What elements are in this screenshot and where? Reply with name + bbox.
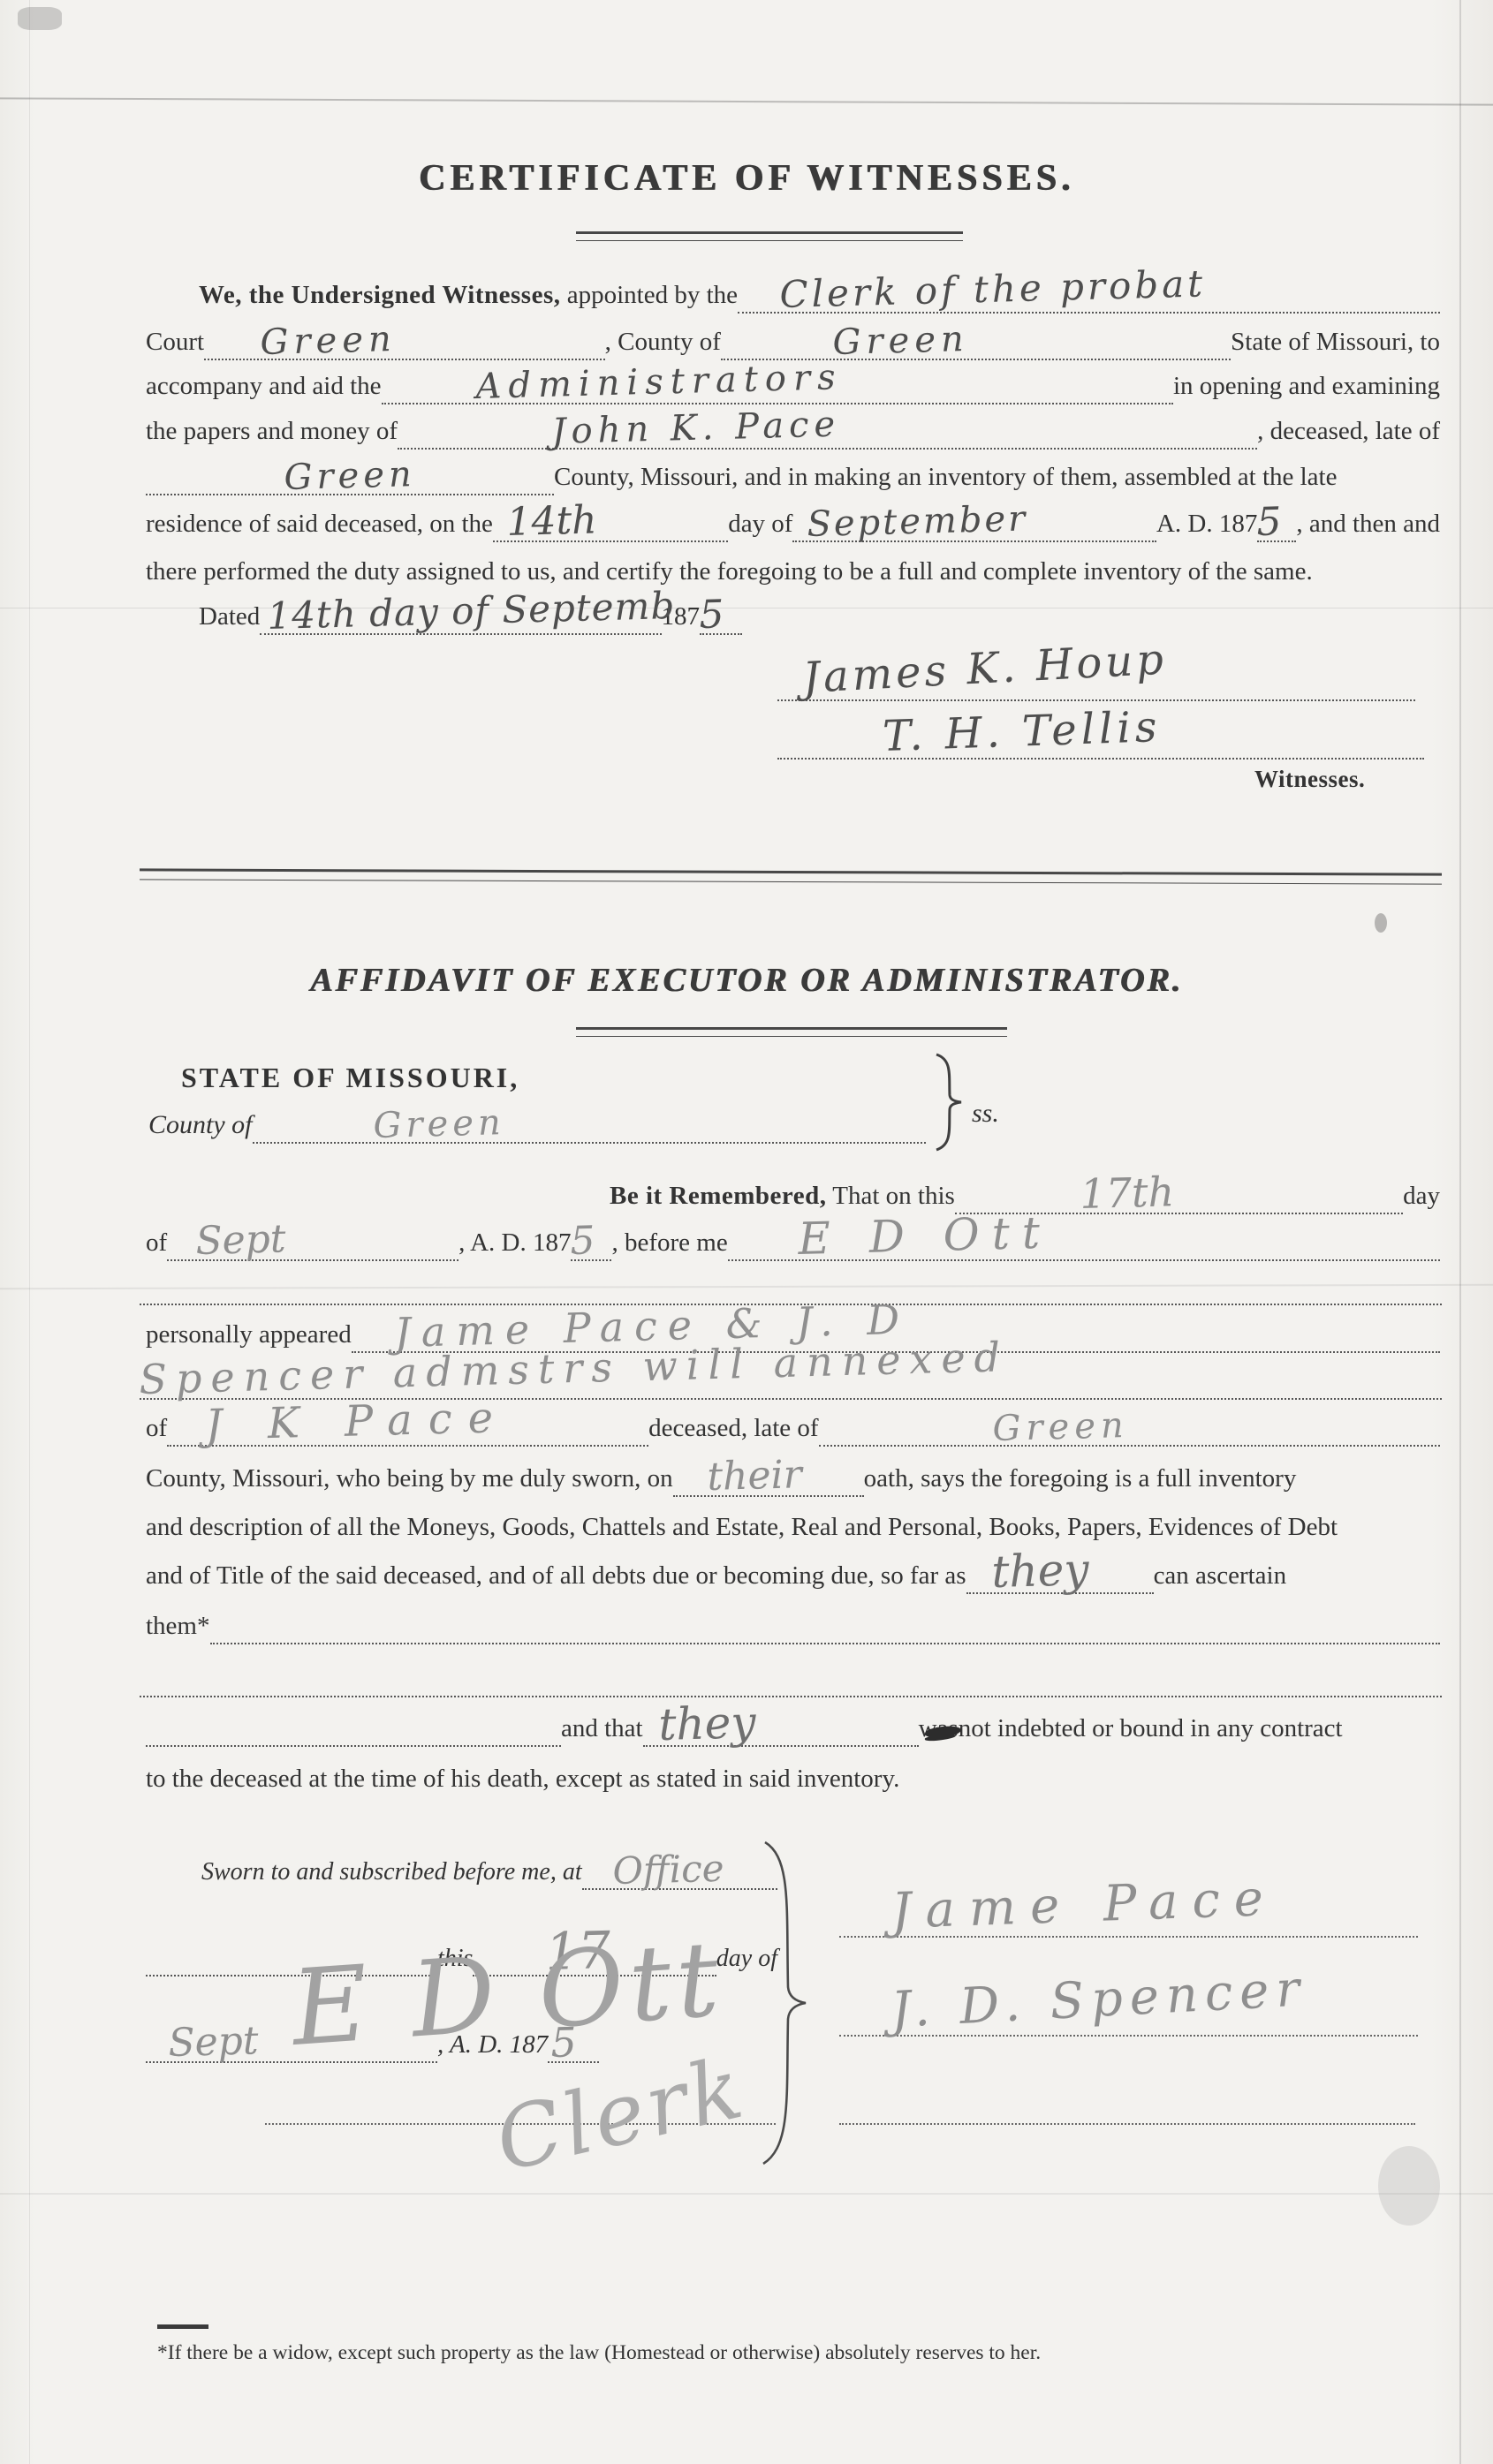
fill-empty: [146, 1703, 561, 1747]
fill-county: Green: [721, 316, 1231, 360]
witness-signature-1: James K. Houp: [802, 640, 1168, 698]
residence-label: residence of said deceased, on the: [146, 511, 493, 542]
affidavit-line: and of Title of the said deceased, and o…: [146, 1550, 1440, 1594]
title-line: and of Title of the said deceased, and o…: [146, 1563, 966, 1594]
footnote-row: *If there be a widow, except such proper…: [157, 2333, 1394, 2369]
fill-they: they: [966, 1550, 1154, 1594]
witnesses-label: Witnesses.: [1254, 767, 1365, 797]
certificate-paragraph-line: accompany and aid the Administrators in …: [146, 360, 1440, 404]
affidavit-line: and description of all the Moneys, Goods…: [146, 1501, 1440, 1546]
day-word: day: [1403, 1183, 1440, 1214]
footnote-text: *If there be a widow, except such proper…: [157, 2343, 1041, 2370]
fold-crease: [0, 97, 1493, 105]
state-label: STATE OF MISSOURI,: [181, 1063, 519, 1097]
administrator-signature-line: J. D. Spencer: [839, 1987, 1418, 2037]
fill-dated-year: 5: [700, 591, 742, 635]
jurat-brace: [753, 1839, 811, 2167]
handwriting-court: Green: [260, 323, 397, 359]
affidavit-title-rule: [576, 1027, 1007, 1030]
fill-dated: 14th day of Septemb: [260, 591, 661, 635]
certificate-paragraph-line: We, the Undersigned Witnesses, appointed…: [199, 269, 1440, 314]
fill-residence-county: Green: [146, 451, 554, 495]
fill-affidavit-month: Sept: [167, 1217, 459, 1261]
and-that-label: and that: [561, 1716, 643, 1747]
pencil-smudge: [1378, 2146, 1440, 2226]
affidavit-line: to the deceased at the time of his death…: [146, 1753, 1440, 1797]
paper-edge: [29, 0, 30, 2464]
opening-label: in opening and examining: [1173, 374, 1440, 404]
handwriting-deceased-name: John K. Pace: [551, 408, 841, 448]
then-and-label: , and then and: [1296, 511, 1440, 542]
empty-signature-line: [839, 2077, 1415, 2125]
of-label-2: of: [146, 1416, 167, 1447]
county-line: County, Missouri, and in making an inven…: [554, 465, 1337, 495]
sworn-line: County, Missouri, who being by me duly s…: [146, 1466, 673, 1497]
ad-187-label: A. D. 187: [1156, 511, 1257, 542]
ad-label-2: , A. D. 187: [437, 2032, 548, 2063]
ss-label: ss.: [972, 1100, 999, 1132]
fill-empty: [146, 1932, 437, 1976]
fill-month: September: [792, 498, 1156, 542]
county-label: County of: [148, 1112, 253, 1144]
state-of-missouri: STATE OF MISSOURI,: [181, 1053, 888, 1097]
performed-line: there performed the duty assigned to us,…: [146, 559, 1313, 590]
intro-text: appointed by the: [561, 283, 739, 314]
this-label: this: [437, 1946, 473, 1976]
of-label: of: [146, 1230, 167, 1261]
county-of-row: County of Green: [148, 1100, 926, 1144]
affidavit-line: County, Missouri, who being by me duly s…: [146, 1453, 1440, 1497]
affidavit-title: AFFIDAVIT OF EXECUTOR OR ADMINISTRATOR.: [0, 961, 1493, 1000]
day-of-label: day of: [728, 511, 792, 542]
handwriting-oath: their: [706, 1458, 801, 1495]
ascertain-label: can ascertain: [1154, 1563, 1287, 1594]
affidavit-line: them*: [146, 1600, 1440, 1644]
handwriting-affidavit-county: Green: [373, 1107, 505, 1142]
certificate-dated-line: Dated 14th day of Septemb 187 5: [199, 591, 742, 635]
closing-line: to the deceased at the time of his death…: [146, 1766, 899, 1797]
handwriting-day-number: 17th: [1080, 1174, 1175, 1213]
personally-label: personally appeared: [146, 1322, 352, 1353]
before-me-label: , before me: [611, 1230, 727, 1261]
certificate-paragraph-line: the papers and money of John K. Pace , d…: [146, 405, 1440, 450]
clerk-signature-line: [265, 2084, 776, 2125]
fill-jurat-month: Sept: [146, 2019, 437, 2063]
oath-line: oath, says the foregoing is a full inven…: [864, 1466, 1297, 1497]
county-of-label: , County of: [605, 329, 721, 360]
handwriting-they-2: they: [658, 1703, 756, 1745]
fill-jurat-day: 17: [473, 1932, 716, 1976]
fill-they-2: they: [643, 1703, 919, 1747]
fill-empty: [140, 1653, 1442, 1697]
deceased-late-label: , deceased, late of: [1257, 419, 1440, 450]
ink-smudge: [1375, 913, 1387, 933]
affidavit-line: and that they was not indebted or bound …: [146, 1703, 1440, 1747]
fill-administrator: Administrators: [382, 360, 1173, 404]
affidavit-title-rule: [576, 1036, 1007, 1037]
ss-brace: [929, 1053, 966, 1152]
fill-oath: their: [673, 1453, 864, 1497]
handwriting-dated-year: 5: [699, 598, 724, 633]
fill-deceased-name: John K. Pace: [398, 405, 1257, 450]
handwriting-administrator: Administrators: [475, 361, 843, 403]
handwriting-month: September: [807, 503, 1028, 540]
jurat-line: Sept , A. D. 187 5: [146, 2019, 716, 2063]
handwriting-place: Office: [612, 1852, 724, 1888]
administrator-signature-1: Jame Pace: [890, 1876, 1277, 1934]
affidavit-line: of Sept , A. D. 187 5 , before me E D Ot…: [146, 1217, 1440, 1261]
section-divider: [140, 879, 1442, 884]
description-line: and description of all the Moneys, Goods…: [146, 1515, 1338, 1546]
fold-crease: [0, 2193, 1493, 2195]
footnote-rule: [157, 2324, 208, 2329]
remembered-lead: Be it Remembered,: [610, 1183, 827, 1214]
scanned-probate-form: CERTIFICATE OF WITNESSES. We, the Unders…: [0, 0, 1493, 2464]
them-label: them*: [146, 1614, 210, 1644]
court-label: Court: [146, 329, 204, 360]
intro-lead: We, the Undersigned Witnesses,: [199, 283, 561, 314]
fill-affidavit-year: 5: [571, 1217, 611, 1261]
certificate-paragraph-line: residence of said deceased, on the 14th …: [146, 498, 1440, 542]
deceased-late-label-2: deceased, late of: [648, 1416, 818, 1447]
administrator-signature-2: J. D. Spencer: [890, 1967, 1307, 2033]
handwriting-affidavit-year: 5: [570, 1224, 595, 1259]
handwriting-appointed-by: Clerk of the probat: [779, 268, 1206, 312]
handwriting-they: they: [991, 1550, 1089, 1592]
administrator-signature-line: Jame Pace: [839, 1888, 1418, 1938]
witnesses-label-row: Witnesses.: [1254, 752, 1413, 797]
handwriting-estate-name: J K Pace: [205, 1399, 510, 1445]
affidavit-line: of J K Pace deceased, late of Green: [146, 1402, 1440, 1447]
fill-jurat-year: 5: [548, 2019, 599, 2063]
handwriting-day: 14th: [506, 503, 597, 540]
handwriting-jurat-month: Sept: [168, 2024, 259, 2061]
fill-empty: [210, 1600, 1441, 1644]
ad-label: , A. D. 187: [459, 1230, 571, 1261]
certificate-paragraph-line: there performed the duty assigned to us,…: [146, 546, 1440, 590]
struck-word: was: [919, 1716, 959, 1747]
not-indebted-line: not indebted or bound in any contract: [959, 1716, 1343, 1747]
certificate-title: CERTIFICATE OF WITNESSES.: [0, 157, 1493, 200]
witness-signature-2: T. H. Tellis: [882, 708, 1162, 756]
handwriting-dated: 14th day of Septemb: [267, 589, 676, 633]
handwriting-county: Green: [832, 323, 969, 359]
fill-affidavit-county: Green: [253, 1100, 927, 1144]
papers-label: the papers and money of: [146, 419, 398, 450]
certificate-paragraph-line: Green County, Missouri, and in making an…: [146, 451, 1440, 495]
affidavit-line: Spencer admstrs will annexed: [140, 1356, 1442, 1400]
certificate-paragraph-line: Court Green , County of Green State of M…: [146, 316, 1440, 360]
handwriting-affidavit-month: Sept: [195, 1222, 286, 1259]
dated-label: Dated: [199, 604, 260, 635]
fill-late-county: Green: [819, 1402, 1440, 1447]
fill-day: 14th: [493, 498, 728, 542]
handwriting-jurat-year: 5: [550, 2024, 577, 2061]
sworn-at-label: Sworn to and subscribed before me, at: [201, 1860, 582, 1890]
handwriting-year: 5: [1256, 505, 1282, 540]
corner-smudge: [18, 7, 62, 30]
fill-court: Green: [204, 316, 605, 360]
state-to-label: State of Missouri, to: [1231, 329, 1440, 360]
fill-appeared-2: Spencer admstrs will annexed: [140, 1356, 1442, 1400]
title-rule: [576, 240, 963, 241]
fill-year: 5: [1257, 498, 1296, 542]
fill-place: Office: [582, 1846, 777, 1890]
section-divider: [140, 868, 1442, 875]
ss-row: ss.: [972, 1088, 1060, 1132]
paper-edge: [1459, 0, 1461, 2464]
fill-officer: E D Ott: [728, 1217, 1440, 1261]
fill-estate-name: J K Pace: [167, 1402, 648, 1447]
handwriting-officer: E D Ott: [798, 1213, 1053, 1259]
empty-rule-line: [140, 1653, 1442, 1697]
title-rule: [576, 231, 963, 234]
witness-signature-line: James K. Houp: [777, 654, 1415, 701]
handwriting-jurat-day: 17: [545, 1927, 611, 1975]
handwriting-residence-county: Green: [284, 458, 416, 494]
jurat-line: this 17 day of: [146, 1932, 777, 1976]
handwriting-late-county: Green: [992, 1410, 1129, 1445]
aid-label: accompany and aid the: [146, 374, 382, 404]
fill-appointed-by: Clerk of the probat: [738, 269, 1440, 314]
jurat-line: Sworn to and subscribed before me, at Of…: [201, 1846, 777, 1890]
